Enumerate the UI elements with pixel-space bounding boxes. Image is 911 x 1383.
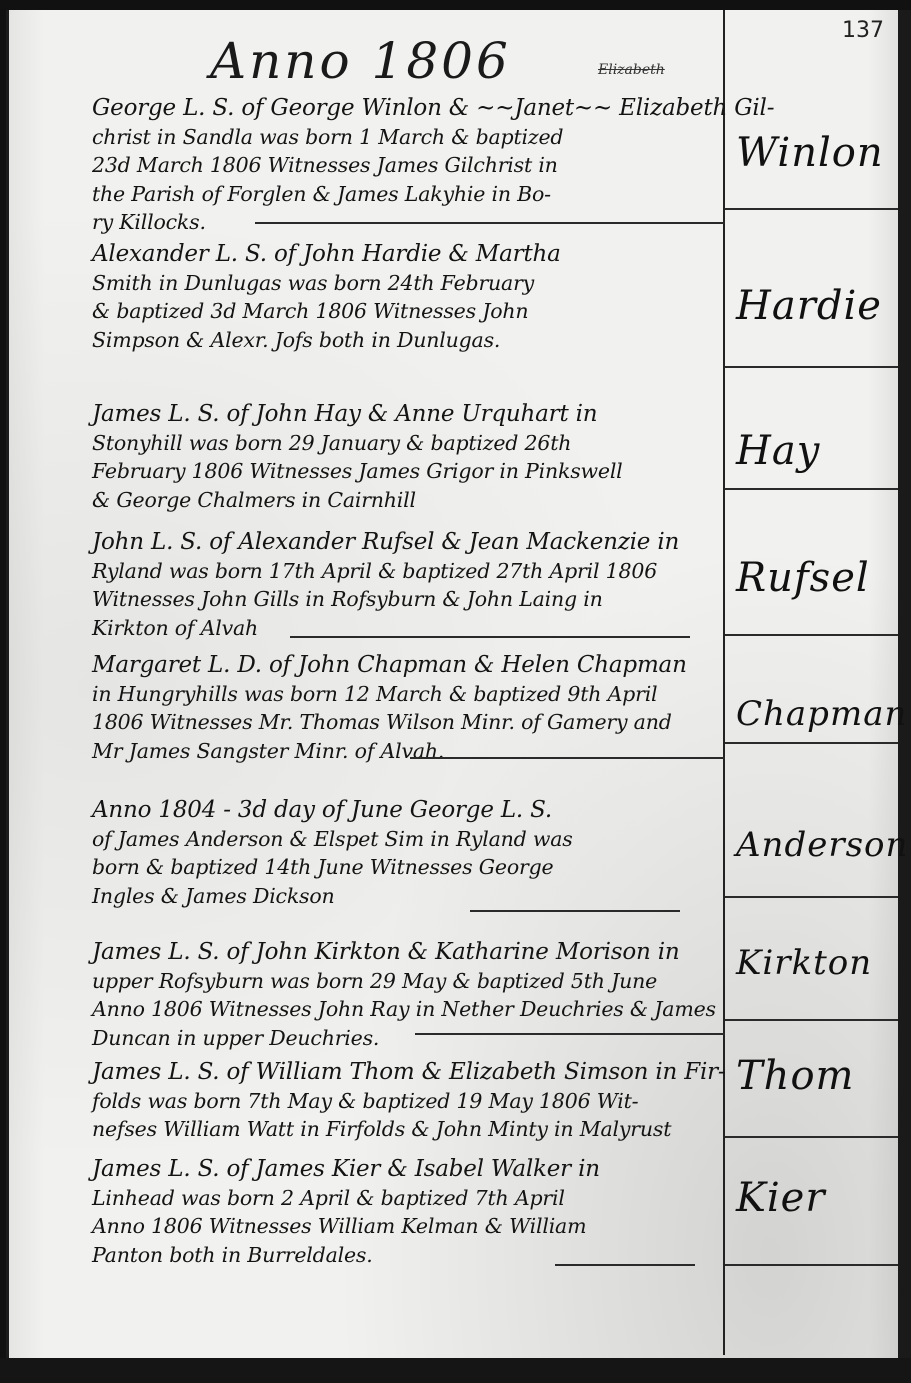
entry-line: James L. S. of William Thom & Elizabeth … xyxy=(92,1058,732,1087)
entry-line: Anno 1804 - 3d day of June George L. S. xyxy=(92,796,732,825)
surname-separator xyxy=(725,1136,898,1138)
page-heading: Anno 1806 xyxy=(210,32,511,90)
entry-line: Anno 1806 Witnesses William Kelman & Wil… xyxy=(92,1212,732,1241)
surname-margin-label: Rufsel xyxy=(736,555,870,601)
entry-line: christ in Sandla was born 1 March & bapt… xyxy=(92,123,732,152)
entry-line: Simpson & Alexr. Jofs both in Dunlugas. xyxy=(92,326,732,355)
entry-line: born & baptized 14th June Witnesses Geor… xyxy=(92,853,732,882)
entry-line: John L. S. of Alexander Rufsel & Jean Ma… xyxy=(92,528,732,557)
entry-line: Stonyhill was born 29 January & baptized… xyxy=(92,429,732,458)
entry-separator xyxy=(290,636,690,638)
surname-margin-label: Hardie xyxy=(736,283,882,329)
entry-line: James L. S. of James Kier & Isabel Walke… xyxy=(92,1155,732,1184)
surname-separator xyxy=(725,366,898,368)
page-number: 137 xyxy=(842,18,884,43)
surname-margin-label: Thom xyxy=(736,1053,854,1099)
entry-line: folds was born 7th May & baptized 19 May… xyxy=(92,1087,732,1116)
surname-margin-label: Winlon xyxy=(736,130,884,176)
register-entry: James L. S. of John Hay & Anne Urquhart … xyxy=(92,400,732,514)
entry-line: & George Chalmers in Cairnhill xyxy=(92,486,732,515)
entry-line: Ryland was born 17th April & baptized 27… xyxy=(92,557,732,586)
register-entry: Alexander L. S. of John Hardie & Martha … xyxy=(92,240,732,354)
entry-line: Linhead was born 2 April & baptized 7th … xyxy=(92,1184,732,1213)
surname-margin-label: Kirkton xyxy=(736,943,872,983)
register-entry: James L. S. of William Thom & Elizabeth … xyxy=(92,1058,732,1144)
surname-margin-label: Chapman xyxy=(736,694,907,734)
surname-separator xyxy=(725,1019,898,1021)
entry-line: nefses William Watt in Firfolds & John M… xyxy=(92,1115,732,1144)
entry-line: & baptized 3d March 1806 Witnesses John xyxy=(92,297,732,326)
page-bottom-edge xyxy=(0,1358,911,1383)
entry-line: Smith in Dunlugas was born 24th February xyxy=(92,269,732,298)
register-entry: James L. S. of James Kier & Isabel Walke… xyxy=(92,1155,732,1269)
surname-separator xyxy=(725,634,898,636)
surname-separator xyxy=(725,208,898,210)
entry-separator xyxy=(255,222,725,224)
entry-line: February 1806 Witnesses James Grigor in … xyxy=(92,457,732,486)
entry-line: Margaret L. D. of John Chapman & Helen C… xyxy=(92,651,732,680)
register-entry: Margaret L. D. of John Chapman & Helen C… xyxy=(92,651,732,765)
entry-line: upper Rofsyburn was born 29 May & baptiz… xyxy=(92,967,732,996)
register-entry: George L. S. of George Winlon & ~~Janet~… xyxy=(92,94,732,237)
register-entry: Anno 1804 - 3d day of June George L. S. … xyxy=(92,796,732,910)
entry-separator xyxy=(410,757,725,759)
entry-line: Ingles & James Dickson xyxy=(92,882,732,911)
entry-line: Mr James Sangster Minr. of Alvah. xyxy=(92,737,732,766)
entry-line: 23d March 1806 Witnesses James Gilchrist… xyxy=(92,151,732,180)
entry-separator xyxy=(555,1264,695,1266)
entry-line: 1806 Witnesses Mr. Thomas Wilson Minr. o… xyxy=(92,708,732,737)
surname-margin-label: Anderson xyxy=(736,825,908,865)
entry-line: the Parish of Forglen & James Lakyhie in… xyxy=(92,180,732,209)
entry-line: Alexander L. S. of John Hardie & Martha xyxy=(92,240,732,269)
surname-separator xyxy=(725,896,898,898)
register-entry: John L. S. of Alexander Rufsel & Jean Ma… xyxy=(92,528,732,642)
entry-line: James L. S. of John Kirkton & Katharine … xyxy=(92,938,732,967)
entry-separator xyxy=(470,910,680,912)
entry-line: James L. S. of John Hay & Anne Urquhart … xyxy=(92,400,732,429)
surname-separator xyxy=(725,742,898,744)
entry-line: Duncan in upper Deuchries. xyxy=(92,1024,732,1053)
entry-separator xyxy=(415,1033,725,1035)
surname-separator xyxy=(725,488,898,490)
surname-separator xyxy=(725,1264,898,1266)
entry-line: of James Anderson & Elspet Sim in Ryland… xyxy=(92,825,732,854)
entry-line: Witnesses John Gills in Rofsyburn & John… xyxy=(92,585,732,614)
heading-strikethrough-note: Elizabeth xyxy=(598,62,665,78)
entry-line: Anno 1806 Witnesses John Ray in Nether D… xyxy=(92,995,732,1024)
surname-margin-label: Kier xyxy=(736,1175,825,1221)
entry-line: George L. S. of George Winlon & ~~Janet~… xyxy=(92,94,732,123)
entry-line: in Hungryhills was born 12 March & bapti… xyxy=(92,680,732,709)
surname-margin-label: Hay xyxy=(736,428,820,474)
